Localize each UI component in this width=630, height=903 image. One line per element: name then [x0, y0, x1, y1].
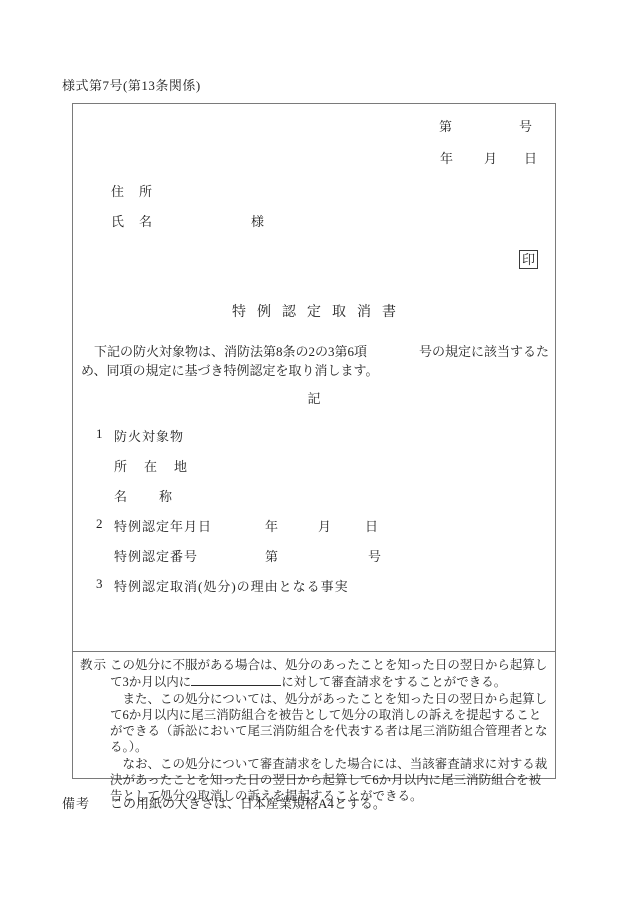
- item-3-row: 3 特例認定取消(処分)の理由となる事実: [73, 576, 555, 594]
- certification-number-label: 特例認定番号: [114, 546, 198, 565]
- body-text-before-blank: 下記の防火対象物は、消防法第8条の2の3第6項: [94, 344, 367, 359]
- honorific-label: 様: [251, 211, 265, 230]
- item-2-row: 2 特例認定年月日 年 月 日: [73, 516, 555, 534]
- item-1-sub-location-row: 所 在 地: [73, 456, 555, 474]
- instruction-paragraph-2: また、この処分については、処分があったことを知った日の翌日から起算して6か月以内…: [110, 691, 550, 756]
- cert-no-suffix: 号: [368, 546, 381, 565]
- instruction-p1-after: に対して審査請求をすることができる。: [281, 675, 506, 689]
- location-label: 所 在 地: [114, 456, 189, 475]
- item-2b-row: 特例認定番号 第 号: [73, 546, 555, 564]
- date-day-label: 日: [524, 151, 538, 166]
- instruction-section: 教示 この処分に不服がある場合は、処分のあったことを知った日の翌日から起算して3…: [73, 651, 555, 779]
- doc-number-prefix: 第: [439, 119, 453, 134]
- remarks-row: 備考この用紙の大きさは、日本産業規格A4とする。: [62, 793, 386, 812]
- form-border-box: 第号 年月日 住 所 氏 名 様 印 特例認定取消書 下記の防火対象物は、消防法…: [72, 103, 556, 779]
- item-1-sub-name-row: 名 称: [73, 486, 555, 504]
- revocation-reason-label: 特例認定取消(処分)の理由となる事実: [114, 576, 349, 595]
- item-3-number: 3: [96, 576, 103, 592]
- date-month-label: 月: [484, 151, 498, 166]
- seal-stamp: 印: [519, 250, 538, 269]
- item-1-number: 1: [96, 426, 103, 442]
- document-number-row: 第号: [439, 116, 533, 135]
- item-1-label: 防火対象物: [114, 426, 184, 445]
- form-main-section: 第号 年月日 住 所 氏 名 様 印 特例認定取消書 下記の防火対象物は、消防法…: [73, 104, 555, 651]
- date-row: 年月日: [440, 148, 538, 167]
- remarks-label: 備考: [62, 796, 90, 811]
- record-marker: 記: [73, 388, 555, 407]
- cert-no-prefix: 第: [265, 546, 278, 565]
- item-2-number: 2: [96, 516, 103, 532]
- doc-number-suffix: 号: [519, 119, 533, 134]
- instruction-paragraph-1: この処分に不服がある場合は、処分のあったことを知った日の翌日から起算して3か月以…: [110, 657, 550, 691]
- cert-year-label: 年: [265, 516, 278, 535]
- document-page: 様式第7号(第13条関係) 第号 年月日 住 所 氏 名 様 印 特例認定取消書…: [0, 0, 630, 903]
- remarks-text: この用紙の大きさは、日本産業規格A4とする。: [110, 796, 386, 811]
- instruction-text: この処分に不服がある場合は、処分のあったことを知った日の翌日から起算して3か月以…: [110, 657, 550, 805]
- body-paragraph: 下記の防火対象物は、消防法第8条の2の3第6項号の規定に該当するため、同項の規定…: [81, 342, 551, 380]
- cert-month-label: 月: [318, 516, 331, 535]
- facility-name-label: 名 称: [114, 486, 174, 505]
- name-row: 氏 名 様: [111, 211, 153, 230]
- name-label: 氏 名: [111, 214, 153, 229]
- document-title: 特例認定取消書: [73, 301, 555, 321]
- form-code: 様式第7号(第13条関係): [62, 75, 201, 94]
- cert-day-label: 日: [365, 516, 378, 535]
- appeal-authority-blank-field: [191, 673, 281, 686]
- certification-date-label: 特例認定年月日: [114, 516, 212, 535]
- instruction-label: 教示: [80, 657, 107, 673]
- item-1-row: 1 防火対象物: [73, 426, 555, 444]
- date-year-label: 年: [440, 151, 454, 166]
- address-label: 住 所: [111, 181, 153, 200]
